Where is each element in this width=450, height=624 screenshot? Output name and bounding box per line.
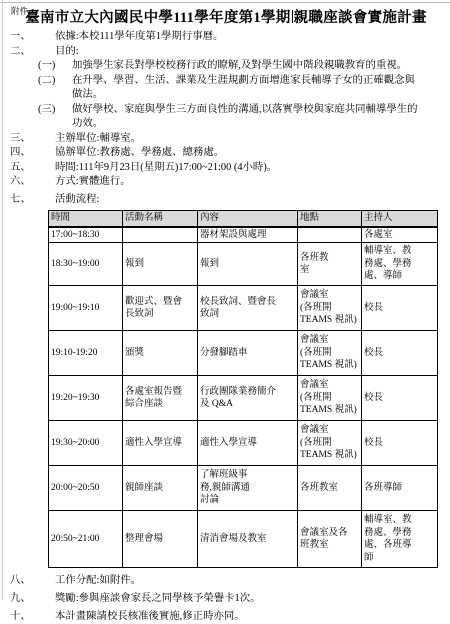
- table-row: 19:20~19:30 各處室報告暨 綜合座談 行政團隊業務簡介 及 Q&A 會…: [49, 376, 438, 421]
- item-text: 本計畫陳請校長核准後實施,修正時亦同。: [55, 610, 442, 624]
- sub-item-text: 在升學、學習、生活、課業及生涯規劃方面增進家長輔導子女的正確觀念與做法。: [72, 74, 442, 103]
- closing-items: 八、 工作分配:如附件。 九、 獎勵:參與座談會家長之同學核予榮譽卡1次。 十、…: [10, 574, 442, 624]
- cell-location: 會議室 (各班開 TEAMS 視訊): [298, 286, 362, 331]
- cell-activity: [123, 227, 198, 243]
- text-caret: [292, 10, 293, 23]
- item-number: 九、: [10, 592, 55, 607]
- cell-time: 20:50~21:00: [49, 511, 123, 568]
- list-item-agenda: 七、 活動流程:: [10, 193, 442, 208]
- list-item-reward: 九、 獎勵:參與座談會家長之同學核予榮譽卡1次。: [10, 592, 442, 607]
- purpose-sub-item-3: (三) 做好學校、家庭與學生三方面良性的溝通,以落實學校與家庭共同輔導學生的功效…: [10, 103, 442, 132]
- cell-host: 校長: [362, 331, 438, 376]
- table-row: 17:00~18:30 器材架設與處理 各處室: [49, 227, 438, 243]
- cell-host: 輔導室、教 務處、學務 處、導師: [362, 243, 438, 286]
- cell-content: 適性入學宣導: [198, 421, 298, 466]
- item-text: 時間:111年9月23日(星期五)17:00~21:00 (4小時)。: [55, 161, 442, 176]
- cell-location: [298, 227, 362, 243]
- cell-host: 輔導室、教 務處、學務 處、各班導 師: [362, 511, 438, 568]
- cell-location: 會議室及各 班教室: [298, 511, 362, 568]
- cell-time: 20:00~20:50: [49, 466, 123, 511]
- cell-content: 器材架設與處理: [198, 227, 298, 243]
- item-number: 八、: [10, 574, 55, 589]
- item-number: 二、: [10, 45, 55, 60]
- cell-activity: 頒獎: [123, 331, 198, 376]
- cell-location: 各班教室: [298, 466, 362, 511]
- item-text: 方式:實體進行。: [55, 175, 442, 190]
- item-number: 六、: [10, 175, 55, 190]
- cell-activity: 各處室報告暨 綜合座談: [123, 376, 198, 421]
- list-item-basis: 一、 依據:本校111學年度第1學期行事曆。: [10, 30, 442, 45]
- cell-activity: 適性入學宣導: [123, 421, 198, 466]
- scan-edge-top: [0, 2, 450, 3]
- cell-time: 19:20~19:30: [49, 376, 123, 421]
- table-row: 19:30~20:00 適性入學宣導 適性入學宣導 會議室 (各班開 TEAMS…: [49, 421, 438, 466]
- item-text: 工作分配:如附件。: [55, 574, 442, 589]
- list-item-co-organizer: 四、 協辦單位:教務處、學務處、總務處。: [10, 146, 442, 161]
- title-text-before-caret: 臺南市立大內國民中學111學年度第1學期: [25, 10, 290, 26]
- header-cell-activity: 活動名稱: [123, 211, 198, 228]
- document-page: 附件一 臺南市立大內國民中學111學年度第1學期親職座談會實施計畫 一、 依據:…: [0, 0, 450, 624]
- item-number: 三、: [10, 132, 55, 147]
- table-row: 20:50~21:00 整理會場 清消會場及教室 會議室及各 班教室 輔導室、教…: [49, 511, 438, 568]
- cell-time: 19:00~19:10: [49, 286, 123, 331]
- purpose-sub-item-1: (一) 加強學生家長對學校校務行政的瞭解,及對學生國中階段親職教育的重視。: [10, 59, 442, 74]
- item-number: 四、: [10, 146, 55, 161]
- item-text: 主辦單位:輔導室。: [55, 132, 442, 147]
- sub-item-number: (一): [38, 59, 72, 74]
- cell-location: 各班教 室: [298, 243, 362, 286]
- cell-time: 19:10-19:20: [49, 331, 123, 376]
- list-item-purpose: 二、 目的:: [10, 45, 442, 60]
- item-number: 十、: [10, 610, 55, 624]
- list-item-duties: 八、 工作分配:如附件。: [10, 574, 442, 589]
- cell-content: 行政團隊業務簡介 及 Q&A: [198, 376, 298, 421]
- item-text: 協辦單位:教務處、學務處、總務處。: [55, 146, 442, 161]
- table-row: 20:00~20:50 親師座談 了解班級事 務,親師溝通 討論 各班教室 各班…: [49, 466, 438, 511]
- cell-host: 各班導師: [362, 466, 438, 511]
- list-item-organizer: 三、 主辦單位:輔導室。: [10, 132, 442, 147]
- cell-activity: 親師座談: [123, 466, 198, 511]
- cell-location: 會議室 (各班開 TEAMS 視訊): [298, 331, 362, 376]
- cell-host: 校長: [362, 421, 438, 466]
- cell-location: 會議室 (各班開 TEAMS 視訊): [298, 421, 362, 466]
- cell-content: 清消會場及教室: [198, 511, 298, 568]
- list-item-method: 六、 方式:實體進行。: [10, 175, 442, 190]
- sub-item-text: 加強學生家長對學校校務行政的瞭解,及對學生國中階段親職教育的重視。: [72, 59, 442, 74]
- table-row: 19:00~19:10 歡迎式、暨會 長致詞 校長致詞、暨會長 致詞 會議室 (…: [49, 286, 438, 331]
- item-text: 目的:: [55, 45, 442, 60]
- sub-item-number: (二): [38, 74, 72, 103]
- sub-item-number: (三): [38, 103, 72, 132]
- item-number: 一、: [10, 30, 55, 45]
- list-item-approval: 十、 本計畫陳請校長核准後實施,修正時亦同。: [10, 610, 442, 624]
- scan-edge-left: [2, 0, 3, 600]
- item-number: 七、: [10, 193, 55, 208]
- cell-content: 了解班級事 務,親師溝通 討論: [198, 466, 298, 511]
- cell-host: 校長: [362, 286, 438, 331]
- header-cell-content: 內容: [198, 211, 298, 228]
- cell-activity: 報到: [123, 243, 198, 286]
- cell-time: 18:30~19:00: [49, 243, 123, 286]
- title-text-after-caret: 親職座談會實施計畫: [294, 10, 427, 26]
- list-item-time: 五、 時間:111年9月23日(星期五)17:00~21:00 (4小時)。: [10, 161, 442, 176]
- cell-activity: 歡迎式、暨會 長致詞: [123, 286, 198, 331]
- cell-time: 19:30~20:00: [49, 421, 123, 466]
- header-cell-time: 時間: [49, 211, 123, 228]
- header-cell-location: 地點: [298, 211, 362, 228]
- table-row: 19:10-19:20 頒獎 分發腳踏車 會議室 (各班開 TEAMS 視訊) …: [49, 331, 438, 376]
- item-text: 依據:本校111學年度第1學期行事曆。: [55, 30, 442, 45]
- schedule-table: 時間 活動名稱 內容 地點 主持人 17:00~18:30 器材架設與處理 各處…: [48, 210, 438, 568]
- cell-host: 校長: [362, 376, 438, 421]
- cell-time: 17:00~18:30: [49, 227, 123, 243]
- item-text: 活動流程:: [55, 193, 442, 208]
- header-cell-host: 主持人: [362, 211, 438, 228]
- table-row: 18:30~19:00 報到 報到 各班教 室 輔導室、教 務處、學務 處、導師: [49, 243, 438, 286]
- sub-item-text: 做好學校、家庭與學生三方面良性的溝通,以落實學校與家庭共同輔導學生的功效。: [72, 103, 442, 132]
- cell-activity: 整理會場: [123, 511, 198, 568]
- attachment-label: 附件一: [11, 6, 37, 16]
- cell-location: 會議室 (各班開 TEAMS 視訊): [298, 376, 362, 421]
- item-text: 獎勵:參與座談會家長之同學核予榮譽卡1次。: [55, 592, 442, 607]
- cell-content: 報到: [198, 243, 298, 286]
- cell-host: 各處室: [362, 227, 438, 243]
- document-title: 臺南市立大內國民中學111學年度第1學期親職座談會實施計畫: [10, 8, 442, 28]
- table-header-row: 時間 活動名稱 內容 地點 主持人: [49, 211, 438, 228]
- item-number: 五、: [10, 161, 55, 176]
- cell-content: 分發腳踏車: [198, 331, 298, 376]
- purpose-sub-item-2: (二) 在升學、學習、生活、課業及生涯規劃方面增進家長輔導子女的正確觀念與做法。: [10, 74, 442, 103]
- cell-content: 校長致詞、暨會長 致詞: [198, 286, 298, 331]
